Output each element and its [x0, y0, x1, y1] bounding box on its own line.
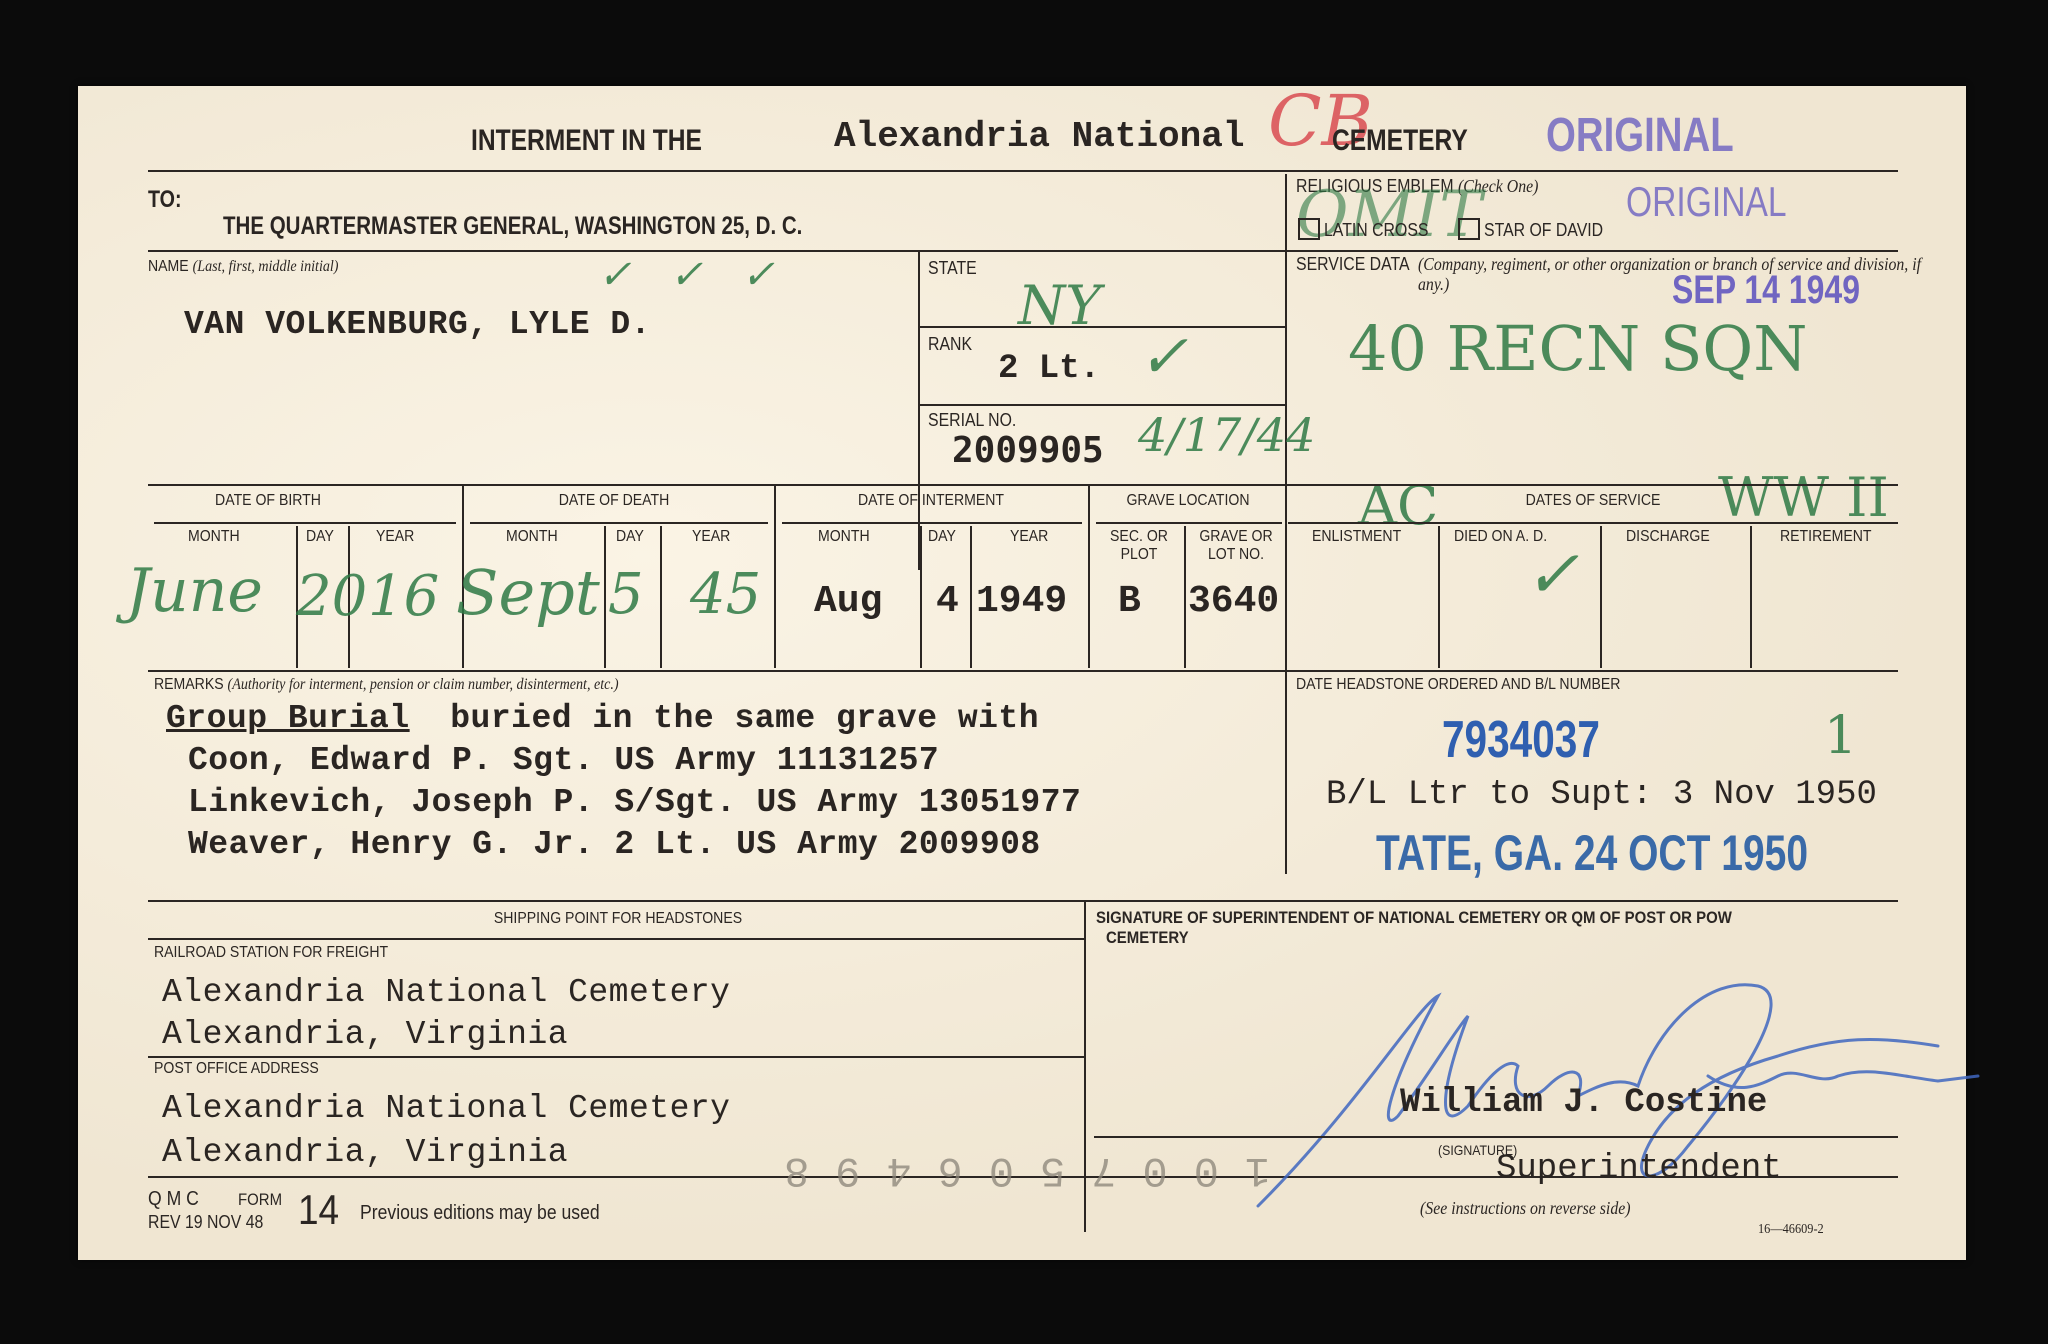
check-marks-name: ✓ ✓ ✓ — [598, 252, 775, 298]
birth-year-value: 16 — [368, 564, 439, 629]
signature-label-line-1: SIGNATURE OF SUPERINTENDENT OF NATIONAL … — [1096, 908, 1732, 928]
headstone-ordered-label: DATE HEADSTONE ORDERED AND B/L NUMBER — [1296, 676, 1620, 694]
interment-day-value: 4 — [936, 580, 959, 623]
header-prefix: INTERMENT IN THE — [471, 124, 702, 158]
instructions-note: (See instructions on reverse side) — [1420, 1198, 1631, 1219]
divider — [1750, 526, 1752, 668]
interment-month-value: Aug — [814, 580, 882, 623]
interment-record-card: INTERMENT IN THE Alexandria National CB … — [78, 86, 1966, 1260]
signed-name: William J. Costine — [1400, 1084, 1767, 1122]
divider — [1438, 526, 1440, 668]
birth-year-header: YEAR — [376, 528, 414, 546]
retirement-header: RETIREMENT — [1780, 528, 1872, 546]
rank-label: RANK — [928, 334, 972, 355]
divider — [660, 526, 662, 668]
remarks-line-2: Coon, Edward P. Sgt. US Army 11131257 — [188, 742, 939, 779]
signature-label-line-2: CEMETERY — [1106, 928, 1189, 948]
remarks-line-1-rest: buried in the same grave with — [450, 700, 1039, 737]
death-day-header: DAY — [616, 528, 644, 546]
discharge-header: DISCHARGE — [1626, 528, 1710, 546]
inverted-stamp-number: 1007506498 — [758, 1146, 1270, 1194]
post-office-line-2: Alexandria, Virginia — [162, 1134, 568, 1171]
birth-day-header: DAY — [306, 528, 334, 546]
divider — [1600, 526, 1602, 668]
rule — [920, 404, 1286, 406]
group-burial-emphasis: Group Burial — [166, 700, 410, 737]
revision-label: REV 19 NOV 48 — [148, 1212, 263, 1233]
dates-of-service-label: DATES OF SERVICE — [1325, 492, 1862, 510]
interment-month-header: MONTH — [818, 528, 870, 546]
rule — [148, 250, 1898, 252]
birth-day-value: 20 — [296, 564, 367, 629]
rule — [148, 1056, 1084, 1058]
section-plot-header: SEC. OR PLOT — [1103, 528, 1175, 564]
form-label: FORM — [238, 1190, 282, 1210]
interment-year-value: 1949 — [976, 580, 1067, 623]
serial-label: SERIAL NO. — [928, 410, 1016, 431]
post-office-line-1: Alexandria National Cemetery — [162, 1090, 731, 1127]
to-label: TO: — [148, 186, 182, 214]
railroad-line-2: Alexandria, Virginia — [162, 1016, 568, 1053]
death-year-header: YEAR — [692, 528, 730, 546]
bl-letter-to-supt: B/L Ltr to Supt: 3 Nov 1950 — [1326, 776, 1877, 814]
cemetery-name: Alexandria National — [834, 116, 1244, 157]
serial-value: 2009905 — [952, 430, 1104, 471]
remarks-line-1: Group Burial buried in the same grave wi… — [166, 700, 1039, 737]
rule — [148, 900, 1898, 902]
to-value: THE QUARTERMASTER GENERAL, WASHINGTON 25… — [223, 212, 802, 241]
grave-lot-value: 3640 — [1188, 580, 1279, 623]
name-label: NAME (Last, first, middle initial) — [148, 258, 339, 276]
print-code: 16—46609-2 — [1758, 1222, 1824, 1238]
birth-month-value: June — [126, 556, 263, 626]
name-value: VAN VOLKENBURG, LYLE D. — [184, 306, 651, 343]
rule — [470, 522, 768, 524]
rule — [1096, 522, 1282, 524]
date-of-death-label: DATE OF DEATH — [482, 492, 746, 510]
rule — [148, 484, 1898, 486]
remarks-label: REMARKS (Authority for interment, pensio… — [154, 676, 619, 694]
interment-day-header: DAY — [928, 528, 956, 546]
service-data-label: SERVICE DATA — [1296, 254, 1410, 275]
signature-rule — [1094, 1136, 1898, 1138]
previous-editions-note: Previous editions may be used — [360, 1202, 600, 1225]
grave-lot-header: GRAVE OR LOT NO. — [1194, 528, 1278, 564]
shipping-point-label: SHIPPING POINT FOR HEADSTONES — [204, 910, 1031, 928]
latin-cross-checkbox[interactable] — [1298, 218, 1320, 240]
date-of-birth-label: DATE OF BIRTH — [162, 492, 373, 510]
divider — [604, 526, 606, 668]
rule — [154, 522, 456, 524]
divider — [920, 526, 922, 668]
tate-ga-stamp: TATE, GA. 24 OCT 1950 — [1376, 824, 1808, 882]
rule — [782, 522, 1082, 524]
star-of-david-label: STAR OF DAVID — [1484, 220, 1603, 241]
rank-value: 2 Lt. — [998, 350, 1100, 388]
rank-check-mark: ✓ — [1138, 322, 1188, 392]
headstone-handwritten-mark: 1 — [1824, 706, 1857, 766]
service-data-value: 40 RECN SQN — [1348, 312, 1808, 385]
latin-cross-label: LATIN CROSS — [1324, 220, 1428, 241]
serial-handwritten-date: 4/17/44 — [1138, 408, 1315, 462]
superintendent-title: Superintendent — [1496, 1150, 1782, 1188]
original-stamp-top: ORIGINAL — [1546, 108, 1734, 163]
grave-location-label: GRAVE LOCATION — [1102, 492, 1274, 510]
section-plot-value: B — [1118, 580, 1141, 623]
enlistment-header: ENLISTMENT — [1312, 528, 1401, 546]
rule — [1288, 522, 1898, 524]
remarks-line-3: Linkevich, Joseph P. S/Sgt. US Army 1305… — [188, 784, 1081, 821]
interment-year-header: YEAR — [1010, 528, 1048, 546]
date-received-stamp: SEP 14 1949 — [1672, 268, 1860, 313]
rule — [148, 170, 1898, 172]
death-year-value: 45 — [690, 562, 761, 627]
death-month-header: MONTH — [506, 528, 558, 546]
died-on-ad-check-mark: ✓ — [1524, 536, 1579, 613]
date-of-interment-label: DATE OF INTERMENT — [795, 492, 1068, 510]
header-suffix: CEMETERY — [1332, 124, 1468, 158]
death-month-value: Sept — [456, 556, 600, 629]
star-of-david-checkbox[interactable] — [1458, 218, 1480, 240]
original-stamp-second: ORIGINAL — [1626, 178, 1787, 226]
qmc-label: Q M C — [148, 1188, 199, 1211]
rule — [148, 670, 1898, 672]
divider — [1184, 526, 1186, 668]
remarks-line-4: Weaver, Henry G. Jr. 2 Lt. US Army 20099… — [188, 826, 1041, 863]
rule — [920, 326, 1286, 328]
post-office-label: POST OFFICE ADDRESS — [154, 1060, 319, 1078]
railroad-station-label: RAILROAD STATION FOR FREIGHT — [154, 944, 388, 962]
birth-month-header: MONTH — [188, 528, 240, 546]
divider — [774, 486, 776, 668]
state-label: STATE — [928, 258, 977, 279]
form-number: 14 — [298, 1186, 339, 1234]
divider — [1088, 486, 1090, 668]
rule — [148, 938, 1084, 940]
divider — [1285, 174, 1287, 874]
railroad-line-1: Alexandria National Cemetery — [162, 974, 731, 1011]
death-day-value: 5 — [608, 562, 644, 627]
bl-number-stamp: 7934037 — [1442, 710, 1600, 770]
divider — [970, 526, 972, 668]
